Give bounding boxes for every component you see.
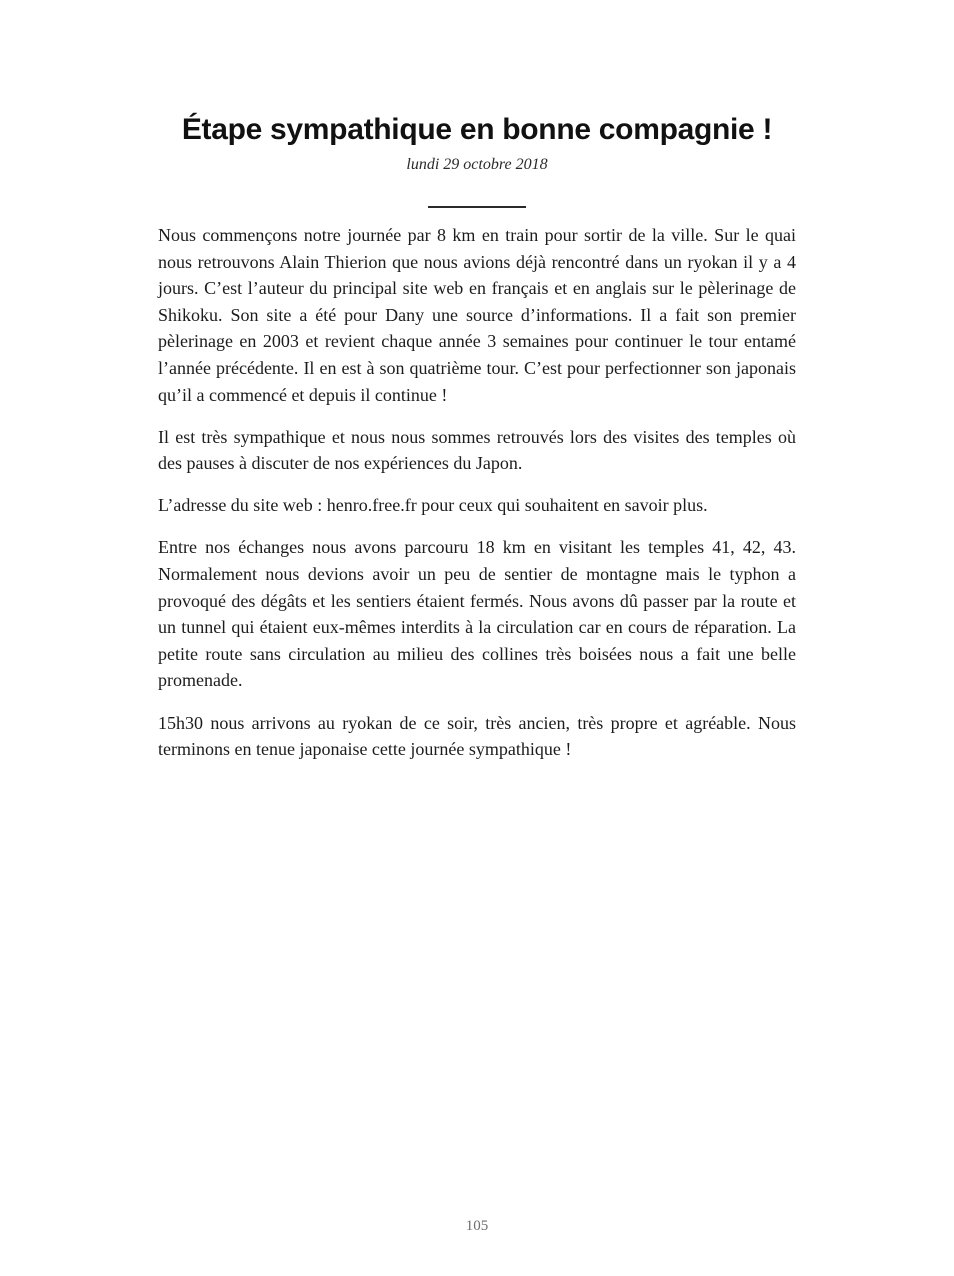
document-page: Étape sympathique en bonne compagnie ! l… [158, 0, 796, 763]
paragraph-ryokan: 15h30 nous arrivons au ryokan de ce soir… [158, 710, 796, 763]
page-title: Étape sympathique en bonne compagnie ! [158, 110, 796, 150]
date-subtitle: lundi 29 octobre 2018 [158, 155, 796, 175]
paragraph-site-web: L’adresse du site web : henro.free.fr po… [158, 492, 796, 519]
paragraph-parcours: Entre nos échanges nous avons parcouru 1… [158, 534, 796, 694]
article-body: Nous commençons notre journée par 8 km e… [158, 222, 796, 763]
page-number: 105 [0, 1218, 954, 1235]
paragraph-intro: Nous commençons notre journée par 8 km e… [158, 222, 796, 408]
paragraph-sympathique: Il est très sympathique et nous nous som… [158, 424, 796, 477]
section-divider [428, 206, 526, 208]
